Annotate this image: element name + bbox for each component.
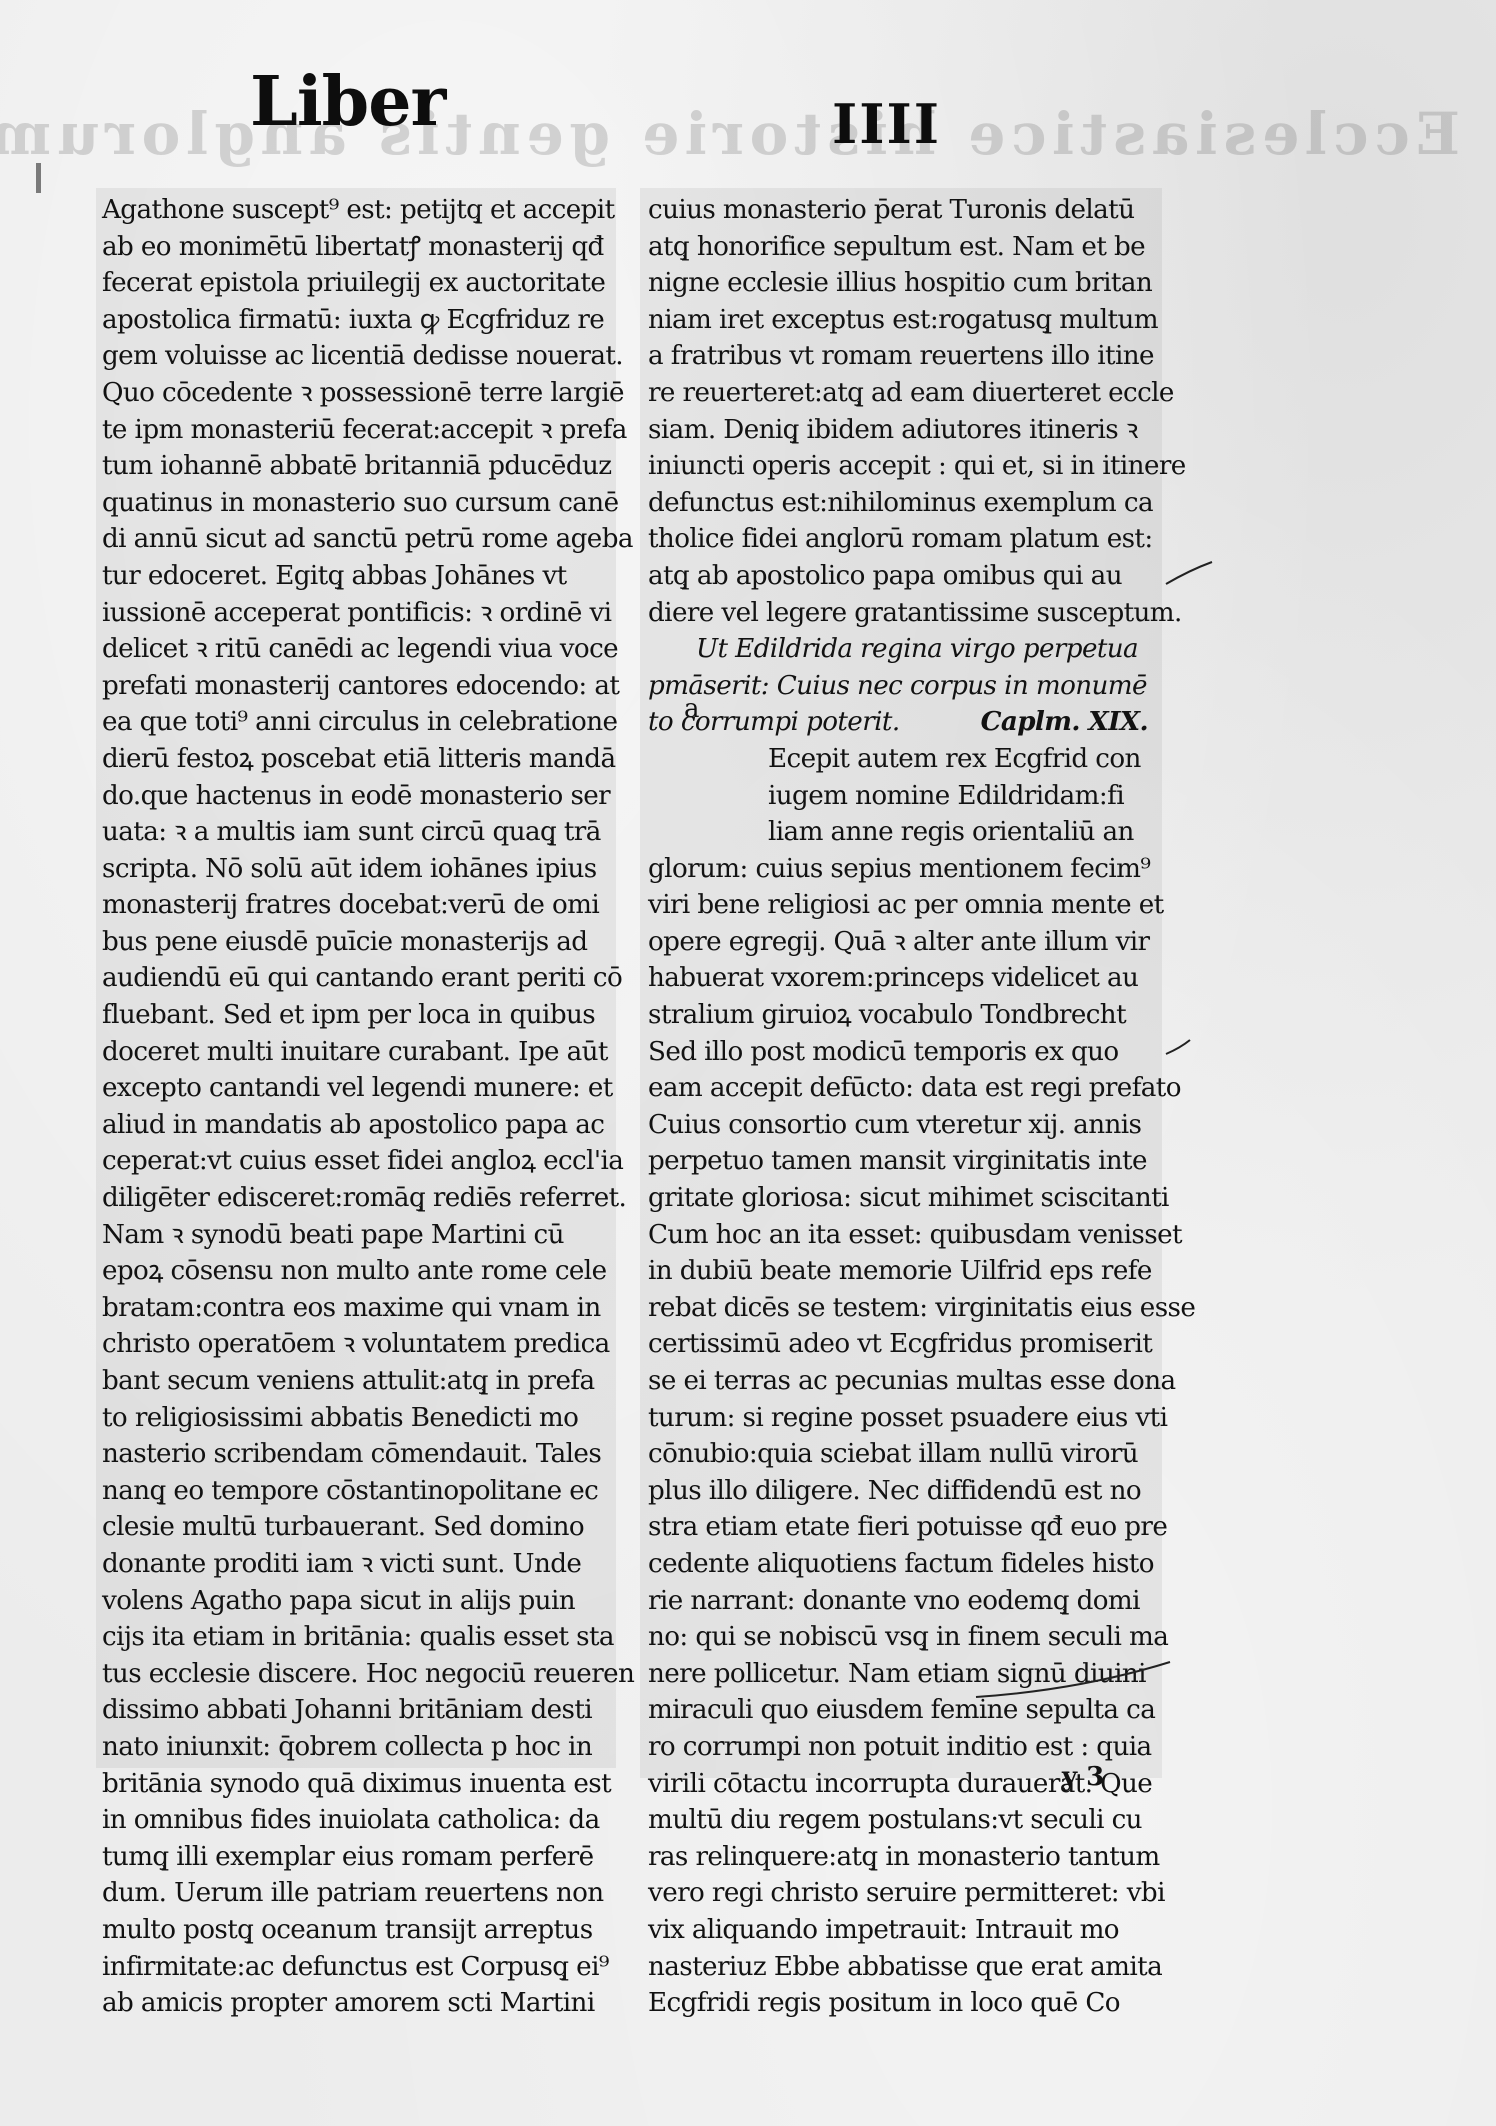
text-line: apostolica firmatū: iuxta ꝙ Ecgfriduz re: [102, 302, 602, 339]
text-line: excepto cantandi vel legendi munere: et: [102, 1070, 602, 1107]
left-text-column: Agathone suscept⁹ est: petijtq̧ et accep…: [102, 192, 602, 2022]
text-line: nasterio scribendam cōmendauit. Tales: [102, 1436, 602, 1473]
text-line: audiendū eū qui cantando erant periti cō: [102, 960, 602, 997]
right-text-column: cuius monasterio p̄erat Turonis delatūat…: [648, 192, 1148, 2022]
text-line: vero regi christo seruire permitteret: v…: [648, 1875, 1148, 1912]
manuscript-page: Ecclesiastice historie gentis anglorum L…: [0, 0, 1496, 2126]
text-line: delicet ꝛ ritū canēdi ac legendi viua vo…: [102, 631, 602, 668]
text-line: bus pene eiusdē puīcie monasterijs ad: [102, 924, 602, 961]
text-line: te ipm monasteriū fecerat:accepit ꝛ pref…: [102, 412, 602, 449]
margin-ink-mark: [36, 163, 41, 193]
text-line: multū diu regem postulans:vt seculi cu: [648, 1802, 1148, 1839]
text-line: defunctus est:nihilominus exemplum ca: [648, 485, 1148, 522]
text-line: se ei terras ac pecunias multas esse don…: [648, 1363, 1148, 1400]
text-line: nere pollicetur. Nam etiam signū diuini: [648, 1656, 1148, 1693]
text-line: cijs ita etiam in britānia: qualis esset…: [102, 1619, 602, 1656]
text-line: gritate gloriosa: sicut mihimet sciscita…: [648, 1180, 1148, 1217]
text-line: gem voluisse ac licentiā dedisse nouerat…: [102, 338, 602, 375]
text-line: Cuius consortio cum vteretur xij. annis: [648, 1107, 1148, 1144]
text-line: ab eo monimētū libertatꝭ monasterij qđ: [102, 229, 602, 266]
text-line: di annū sicut ad sanctū petrū rome ageba: [102, 521, 602, 558]
text-line: glorum: cuius sepius mentionem fecim⁹: [648, 851, 1148, 888]
text-line: opere egregij. Quā ꝛ alter ante illum vi…: [648, 924, 1148, 961]
text-line: plus illo diligere. Nec diffidendū est n…: [648, 1473, 1148, 1510]
text-line: stra etiam etate fieri potuisse qđ euo p…: [648, 1509, 1148, 1546]
text-line: Nam ꝛ synodū beati pape Martini cū: [102, 1217, 602, 1254]
signature-mark: y 3: [1062, 1762, 1104, 1792]
text-line: iniuncti operis accepit : qui et, si in …: [648, 448, 1148, 485]
text-line: in dubiū beate memorie Uilfrid eps refe: [648, 1253, 1148, 1290]
text-line: to religiosissimi abbatis Benedicti mo: [102, 1400, 602, 1437]
chapter-heading-line: to corrumpi poterit.Caplm. XIX.: [648, 704, 1148, 741]
text-line: siam. Deniq̧ ibidem adiutores itineris ꝛ: [648, 412, 1148, 449]
text-line: ras relinquere:atq̧ in monasterio tantum: [648, 1839, 1148, 1876]
text-line: do.que hactenus in eodē monasterio ser: [102, 778, 602, 815]
text-line: vix aliquando impetrauit: Intrauit mo: [648, 1912, 1148, 1949]
text-line: monasterij fratres docebat:verū de omi: [102, 887, 602, 924]
text-line: no: qui se nobiscū vsq̧ in finem seculi …: [648, 1619, 1148, 1656]
text-line: cuius monasterio p̄erat Turonis delatū: [648, 192, 1148, 229]
text-line: Quo cōcedente ꝛ possessionē terre largiē: [102, 375, 602, 412]
text-line: nato iniunxit: q̄obrem collecta p hoc in: [102, 1729, 602, 1766]
running-head-liber: Liber: [250, 62, 445, 142]
running-head-folio-number: IIII: [832, 92, 941, 156]
text-line: tus ecclesie discere. Hoc negociū reuere…: [102, 1656, 602, 1693]
text-line: tur edoceret. Egitq̧ abbas Johānes vt: [102, 558, 602, 595]
text-line: dierū festoꝝ poscebat etiā litteris mand…: [102, 741, 602, 778]
text-line: iussionē acceperat pontificis: ꝛ ordinē …: [102, 595, 602, 632]
text-line: nigne ecclesie illius hospitio cum brita…: [648, 265, 1148, 302]
text-line: fecerat epistola priuilegij ex auctorita…: [102, 265, 602, 302]
text-line: donante proditi iam ꝛ victi sunt. Unde: [102, 1546, 602, 1583]
text-line: re reuerteret:atq̧ ad eam diuerteret ecc…: [648, 375, 1148, 412]
text-line: Ecgfridi regis positum in loco quē Co: [648, 1985, 1148, 2022]
text-line: aliud in mandatis ab apostolico papa ac: [102, 1107, 602, 1144]
text-line: a fratribus vt romam reuertens illo itin…: [648, 338, 1148, 375]
text-line: cedente aliquotiens factum fideles histo: [648, 1546, 1148, 1583]
text-line: dum. Uerum ille patriam reuertens non: [102, 1875, 602, 1912]
text-line: in omnibus fides inuiolata catholica: da: [102, 1802, 602, 1839]
text-line: scripta. Nō solū aūt idem iohānes ipius: [102, 851, 602, 888]
text-line: multo postq̧ oceanum transijt arreptus: [102, 1912, 602, 1949]
text-line: tumq̧ illi exemplar eius romam perferē: [102, 1839, 602, 1876]
guide-letter: a: [684, 694, 700, 724]
text-line: Cum hoc an ita esset: quibusdam venisset: [648, 1217, 1148, 1254]
text-line: ro corrumpi non potuit inditio est : qui…: [648, 1729, 1148, 1766]
text-line: habuerat vxorem:princeps videlicet au: [648, 960, 1148, 997]
text-line: diere vel legere gratantissime susceptum…: [648, 595, 1148, 632]
text-line: clesie multū turbauerant. Sed domino: [102, 1509, 602, 1546]
text-line: atq̧ honorifice sepultum est. Nam et be: [648, 229, 1148, 266]
text-line: eam accepit defūcto: data est regi prefa…: [648, 1070, 1148, 1107]
text-line: Sed illo post modicū temporis ex quo: [648, 1034, 1148, 1071]
text-line: liam anne regis orientaliū an: [648, 814, 1148, 851]
text-line: prefati monasterij cantores edocendo: at: [102, 668, 602, 705]
text-line: tholice fidei anglorū romam platum est:: [648, 521, 1148, 558]
text-line: certissimū adeo vt Ecgfridus promiserit: [648, 1326, 1148, 1363]
text-line: uata: ꝛ a multis iam sunt circū quaq̧ tr…: [102, 814, 602, 851]
text-line: quatinus in monasterio suo cursum canē: [102, 485, 602, 522]
text-line: rebat dicēs se testem: virginitatis eius…: [648, 1290, 1148, 1327]
text-line: volens Agatho papa sicut in alijs puin: [102, 1583, 602, 1620]
text-line: nasteriuz Ebbe abbatisse que erat amita: [648, 1949, 1148, 1986]
text-line: tum iohannē abbatē britanniā pducēduz: [102, 448, 602, 485]
text-line: fluebant. Sed et ipm per loca in quibus: [102, 997, 602, 1034]
text-line: turum: si regine posset psuadere eius vt…: [648, 1400, 1148, 1437]
margin-stroke-icon: [1166, 1040, 1190, 1054]
text-line: doceret multi inuitare curabant. Ipe aūt: [102, 1034, 602, 1071]
text-line: rie narrant: donante vno eodemq̧ domi: [648, 1583, 1148, 1620]
text-line: atq̧ ab apostolico papa omibus qui au: [648, 558, 1148, 595]
chapter-heading-line: pmāserit: Cuius nec corpus in monumē: [648, 668, 1148, 705]
text-line: stralium giruioꝝ vocabulo Tondbrecht: [648, 997, 1148, 1034]
text-line: niam iret exceptus est:rogatusq̧ multum: [648, 302, 1148, 339]
chapter-heading-line: Ut Edildrida regina virgo perpetua: [648, 631, 1148, 668]
text-line: miraculi quo eiusdem femine sepulta ca: [648, 1692, 1148, 1729]
text-line: perpetuo tamen mansit virginitatis inte: [648, 1143, 1148, 1180]
text-line: bratam:contra eos maxime qui vnam in: [102, 1290, 602, 1327]
text-line: bant secum veniens attulit:atq̧ in prefa: [102, 1363, 602, 1400]
text-line: iugem nomine Edildridam:fi: [648, 778, 1148, 815]
text-line: epoꝝ cōsensu non multo ante rome cele: [102, 1253, 602, 1290]
text-line: nanq̧ eo tempore cōstantinopolitane ec: [102, 1473, 602, 1510]
text-line: christo operatōem ꝛ voluntatem predica: [102, 1326, 602, 1363]
text-line: viri bene religiosi ac per omnia mente e…: [648, 887, 1148, 924]
text-line: britānia synodo quā diximus inuenta est: [102, 1766, 602, 1803]
margin-stroke-icon: [1166, 562, 1212, 584]
text-line: Agathone suscept⁹ est: petijtq̧ et accep…: [102, 192, 602, 229]
chapter-number-label: Caplm. XIX.: [981, 704, 1148, 741]
text-line: ab amicis propter amorem scti Martini: [102, 1985, 602, 2022]
text-line: ceperat:vt cuius esset fidei angloꝝ eccl…: [102, 1143, 602, 1180]
text-line: Ecepit autem rex Ecgfrid con: [648, 741, 1148, 778]
text-line: dissimo abbati Johanni britāniam desti: [102, 1692, 602, 1729]
text-line: cōnubio:quia sciebat illam nullū virorū: [648, 1436, 1148, 1473]
text-line: ea que toti⁹ anni circulus in celebratio…: [102, 704, 602, 741]
text-line: infirmitate:ac defunctus est Corpusq̧ ei…: [102, 1949, 602, 1986]
text-line: diligēter edisceret:romāq̧ rediēs referr…: [102, 1180, 602, 1217]
